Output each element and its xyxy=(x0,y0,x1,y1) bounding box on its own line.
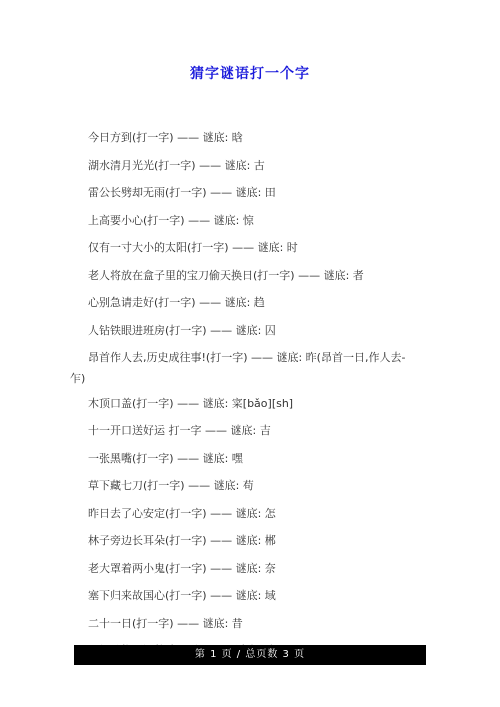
riddle-line: 木顶口盖(打一字) —— 谜底: 寀[bǎo][sh] xyxy=(88,390,428,418)
riddle-line: 老大罩着两小鬼(打一字) —— 谜底: 奈 xyxy=(88,555,428,583)
riddle-line: 老人将放在盒子里的宝刀偷天换日(打一字) —— 谜底: 者 xyxy=(88,262,428,290)
riddle-line: 一张黑嘴(打一字) —— 谜底: 嘿 xyxy=(88,445,428,473)
riddle-line: 湖水清月光光(打一字) —— 谜底: 古 xyxy=(88,152,428,180)
riddle-line: 十一开口送好运 打一字 —— 谜底: 吉 xyxy=(88,417,428,445)
riddle-line: 人钻铁眼进班房(打一字) —— 谜底: 囚 xyxy=(88,317,428,345)
riddle-line: 今日方到(打一字) —— 谜底: 晗 xyxy=(88,124,428,152)
riddle-line-text: 昂首作人去,历史成往事!(打一字) —— 谜底: 昨(昂首一日,作人去- xyxy=(88,344,428,372)
riddle-list: 今日方到(打一字) —— 谜底: 晗 湖水清月光光(打一字) —— 谜底: 古 … xyxy=(88,124,428,665)
document-title: 猜字谜语打一个字 xyxy=(0,63,500,83)
riddle-line: 林子旁边长耳朵(打一字) —— 谜底: 郴 xyxy=(88,527,428,555)
riddle-line: 塞下归来故国心(打一字) —— 谜底: 域 xyxy=(88,582,428,610)
riddle-line-wrapped: 昂首作人去,历史成往事!(打一字) —— 谜底: 昨(昂首一日,作人去- 乍) xyxy=(88,344,428,386)
riddle-line: 草下藏七刀(打一字) —— 谜底: 苟 xyxy=(88,472,428,500)
riddle-line-continuation: 乍) xyxy=(70,372,428,386)
page-footer: 第 1 页 / 总页数 3 页 xyxy=(74,645,426,665)
riddle-line: 雷公长劈却无雨(打一字) —— 谜底: 田 xyxy=(88,179,428,207)
riddle-line: 二十一日(打一字) —— 谜底: 昔 xyxy=(88,610,428,638)
riddle-line: 仅有一寸大小的太阳(打一字) —— 谜底: 时 xyxy=(88,234,428,262)
riddle-line: 昨日去了心安定(打一字) —— 谜底: 怎 xyxy=(88,500,428,528)
riddle-line: 上高要小心(打一字) —— 谜底: 惊 xyxy=(88,207,428,235)
riddle-line: 心别急请走好(打一字) —— 谜底: 趋 xyxy=(88,289,428,317)
